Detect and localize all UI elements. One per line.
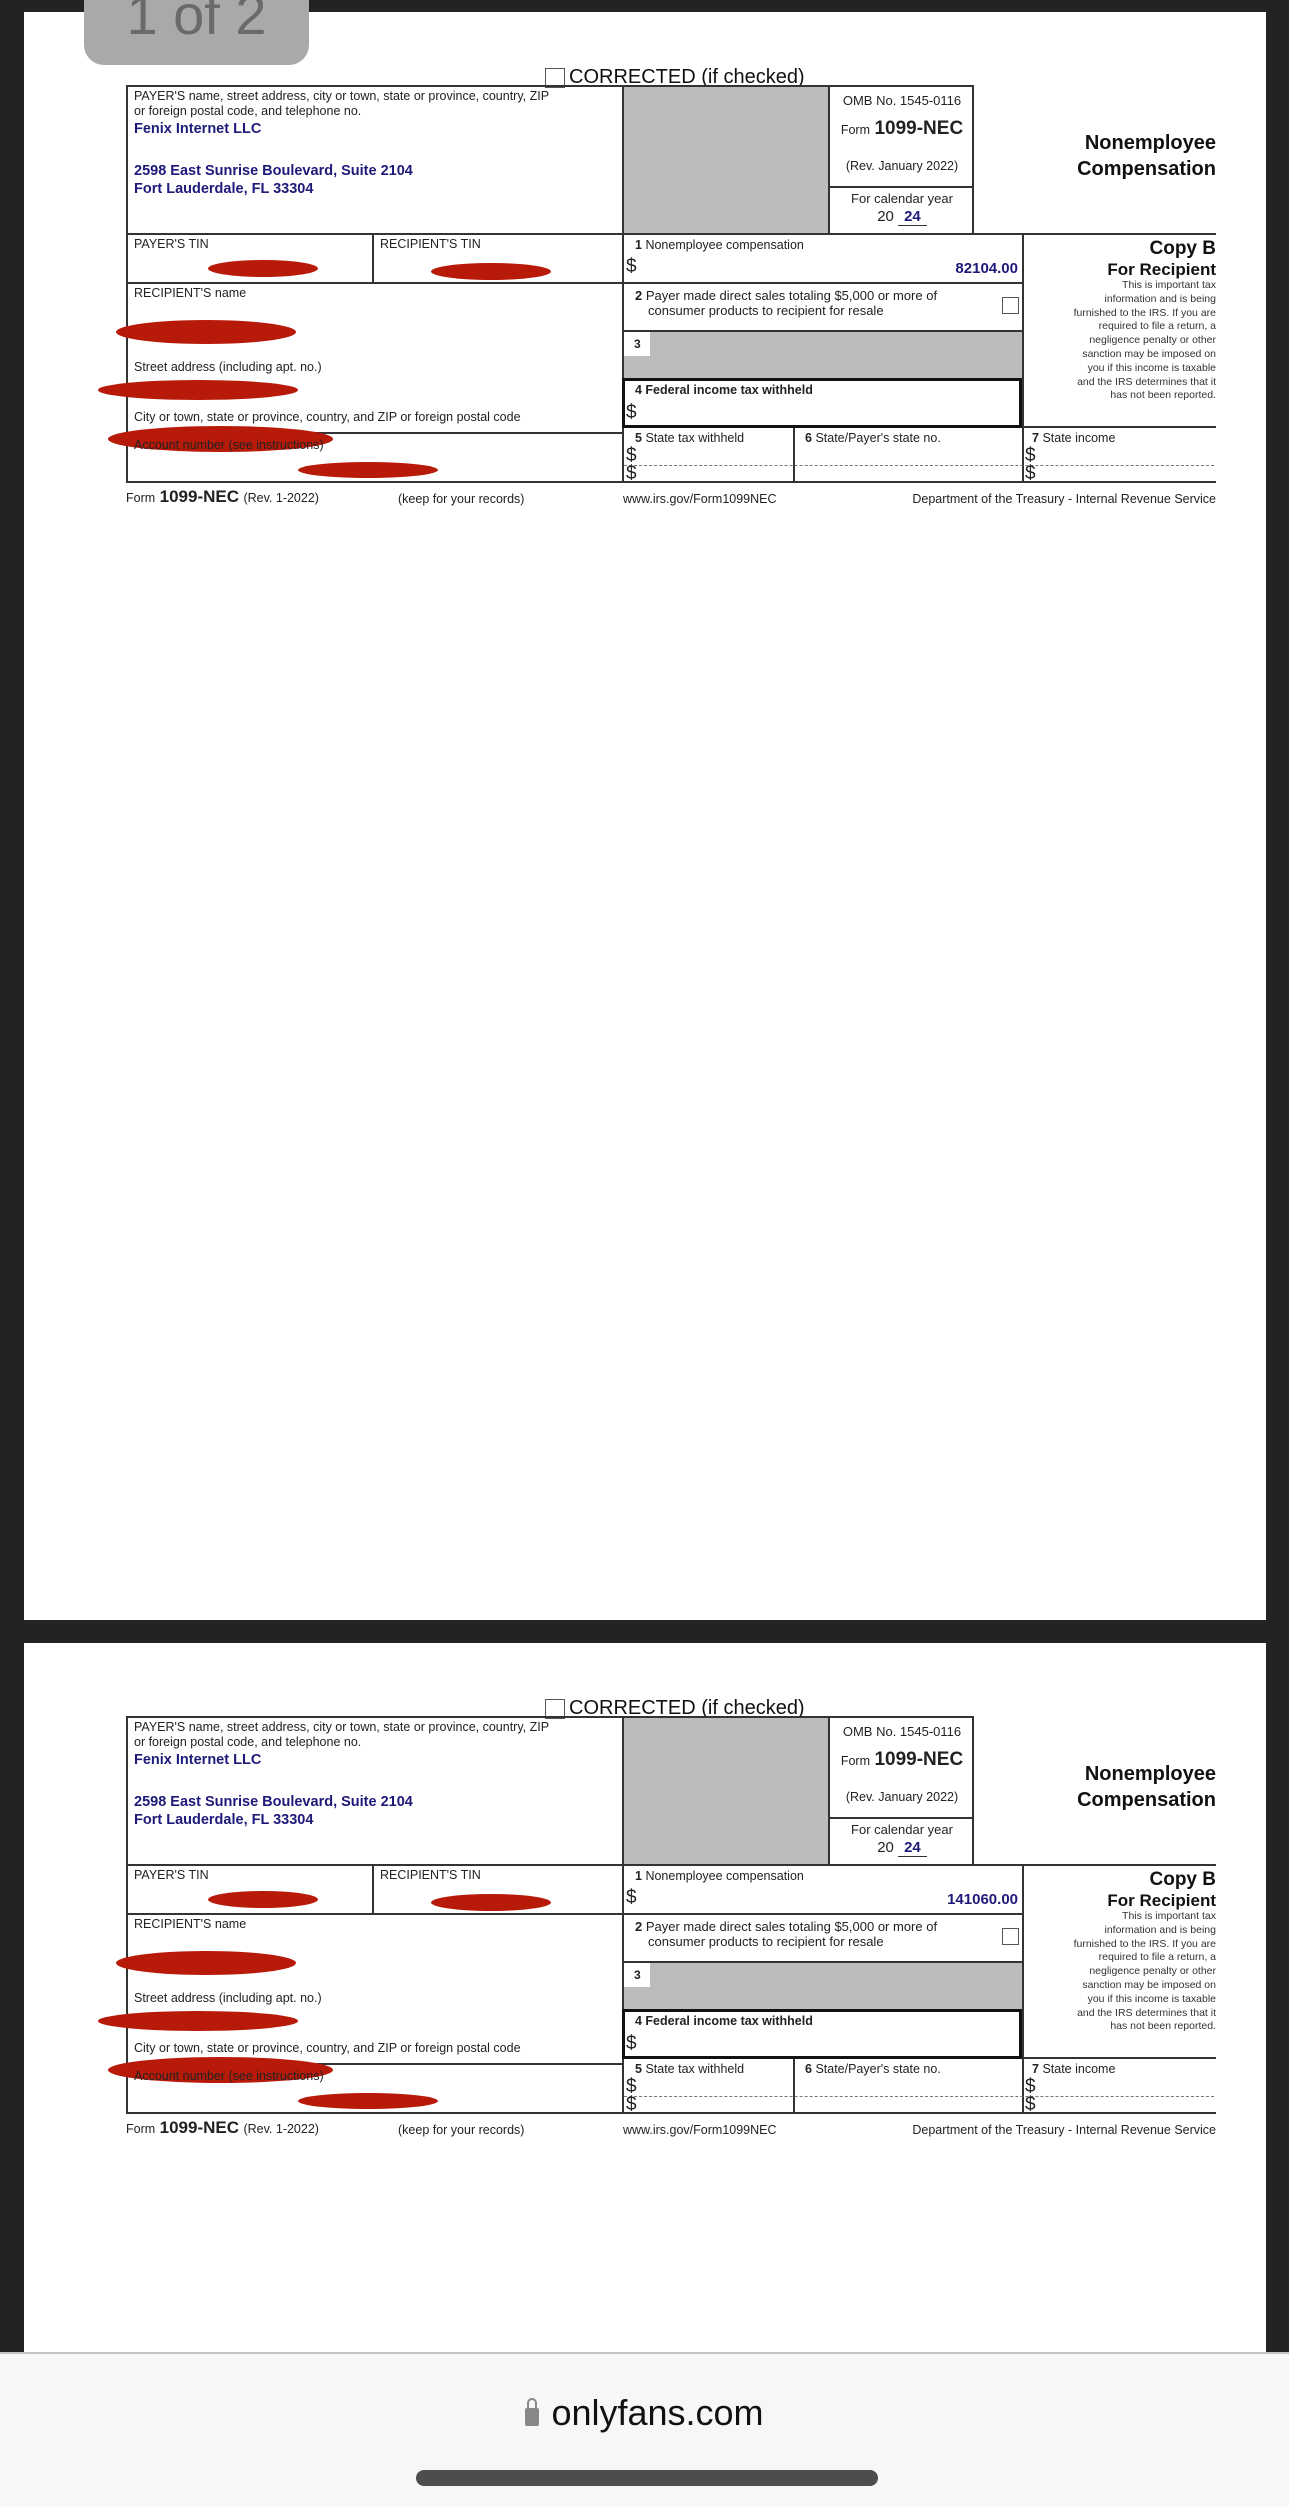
notice-line: furnished to the IRS. If you are bbox=[1024, 307, 1216, 321]
form-title: Nonemployee Compensation bbox=[994, 130, 1216, 182]
divider bbox=[126, 1913, 624, 1915]
revision-label: (Rev. January 2022) bbox=[830, 159, 974, 174]
form-1099-nec: CORRECTED (if checked) PAYER'S name, str… bbox=[126, 60, 1216, 520]
url-text: onlyfans.com bbox=[551, 2392, 763, 2433]
copy-b-label: Copy B bbox=[1024, 238, 1216, 260]
payer-tin-label: PAYER'S TIN bbox=[134, 1868, 209, 1883]
divider bbox=[1024, 2057, 1216, 2059]
notice-line: information and is being bbox=[1024, 1924, 1216, 1938]
box1-nonemployee-compensation-value[interactable]: 82104.00 bbox=[726, 260, 1018, 277]
divider bbox=[828, 1817, 974, 1819]
redaction-street-address bbox=[98, 380, 298, 400]
copy-b-label: Copy B bbox=[1024, 1869, 1216, 1891]
divider bbox=[622, 1864, 1216, 1866]
notice-line: furnished to the IRS. If you are bbox=[1024, 1938, 1216, 1952]
city-label: City or town, state or province, country… bbox=[134, 2041, 521, 2056]
redaction-payer-tin bbox=[208, 260, 318, 277]
divider bbox=[622, 1913, 1022, 1915]
divider bbox=[1024, 426, 1216, 428]
divider bbox=[622, 481, 1216, 483]
box2-label: 2 Payer made direct sales totaling $5,00… bbox=[635, 288, 937, 303]
box6-label: 6 State/Payer's state no. bbox=[805, 431, 941, 446]
footer-department: Department of the Treasury - Internal Re… bbox=[846, 2123, 1216, 2138]
redaction-payer-tin bbox=[208, 1891, 318, 1908]
box6-label: 6 State/Payer's state no. bbox=[805, 2062, 941, 2077]
box1-dollar: $ bbox=[626, 256, 637, 278]
street-address-label: Street address (including apt. no.) bbox=[134, 1991, 322, 2006]
box3-number: 3 bbox=[624, 1963, 650, 1987]
city-label: City or town, state or province, country… bbox=[134, 410, 521, 425]
notice-line: has not been reported. bbox=[1024, 389, 1216, 403]
divider bbox=[622, 2112, 1216, 2114]
redaction-recipient-name bbox=[116, 320, 296, 344]
box1-dollar: $ bbox=[626, 1887, 637, 1909]
for-recipient-label: For Recipient bbox=[1024, 260, 1216, 280]
box1-label: 1 Nonemployee compensation bbox=[635, 1869, 804, 1884]
payer-address-1: 2598 East Sunrise Boulevard, Suite 2104 bbox=[134, 163, 413, 179]
notice-line: sanction may be imposed on bbox=[1024, 348, 1216, 362]
box4-dollar[interactable]: $ bbox=[626, 402, 637, 424]
footer-form-name: Form 1099-NEC (Rev. 1-2022) bbox=[126, 2118, 319, 2138]
recipient-tin-label: RECIPIENT'S TIN bbox=[380, 237, 481, 252]
grey-blank-box bbox=[623, 1718, 828, 1864]
calendar-year: 20 24 bbox=[830, 208, 974, 226]
box4-federal-tax-label: 4 Federal income tax withheld bbox=[635, 2014, 813, 2029]
payer-label: PAYER'S name, street address, city or to… bbox=[134, 89, 549, 104]
box2-label-2: consumer products to recipient for resal… bbox=[648, 1934, 884, 1949]
notice-line: has not been reported. bbox=[1024, 2020, 1216, 2034]
box2-label: 2 Payer made direct sales totaling $5,00… bbox=[635, 1919, 937, 1934]
account-number-label: Account number (see instructions) bbox=[134, 2069, 324, 2084]
box7-label: 7 State income bbox=[1032, 431, 1115, 446]
redaction-recipient-tin bbox=[431, 263, 551, 280]
for-recipient-label: For Recipient bbox=[1024, 1891, 1216, 1911]
notice-line: required to file a return, a bbox=[1024, 1951, 1216, 1965]
notice-line: and the IRS determines that it bbox=[1024, 2007, 1216, 2021]
notice-line: sanction may be imposed on bbox=[1024, 1979, 1216, 1993]
form-name-header: Form 1099-NEC bbox=[830, 118, 974, 140]
payer-address-2: Fort Lauderdale, FL 33304 bbox=[134, 1812, 313, 1828]
payer-tin-label: PAYER'S TIN bbox=[134, 237, 209, 252]
box4-dollar[interactable]: $ bbox=[626, 2033, 637, 2055]
notice-line: required to file a return, a bbox=[1024, 320, 1216, 334]
dashed-separator bbox=[624, 2096, 1214, 2097]
pdf-page-1: 1 of 2 CORRECTED (if checked) PAYER'S na… bbox=[24, 12, 1266, 1620]
notice-line: negligence penalty or other bbox=[1024, 334, 1216, 348]
box2-checkbox[interactable] bbox=[1002, 1928, 1019, 1945]
redaction-recipient-tin bbox=[431, 1894, 551, 1911]
payer-name: Fenix Internet LLC bbox=[134, 1752, 261, 1768]
box5-label: 5 State tax withheld bbox=[635, 2062, 744, 2077]
box5-label: 5 State tax withheld bbox=[635, 431, 744, 446]
box1-label: 1 Nonemployee compensation bbox=[635, 238, 804, 253]
dashed-separator bbox=[624, 465, 1214, 466]
recipient-name-label: RECIPIENT'S name bbox=[134, 286, 246, 301]
payer-label-2: or foreign postal code, and telephone no… bbox=[134, 104, 361, 119]
form-1099-nec: CORRECTED (if checked) PAYER'S name, str… bbox=[126, 1691, 1216, 2151]
divider bbox=[622, 233, 1216, 235]
notice-line: you if this income is taxable bbox=[1024, 1993, 1216, 2007]
divider bbox=[372, 1864, 374, 1914]
form-name-header: Form 1099-NEC bbox=[830, 1749, 974, 1771]
form-title: Nonemployee Compensation bbox=[994, 1761, 1216, 1813]
notice-line: and the IRS determines that it bbox=[1024, 376, 1216, 390]
recipient-name-label: RECIPIENT'S name bbox=[134, 1917, 246, 1932]
box2-checkbox[interactable] bbox=[1002, 297, 1019, 314]
recipient-notice: This is important taxinformation and is … bbox=[1024, 279, 1216, 403]
box3-number: 3 bbox=[624, 332, 650, 356]
notice-line: negligence penalty or other bbox=[1024, 1965, 1216, 1979]
payer-address-1: 2598 East Sunrise Boulevard, Suite 2104 bbox=[134, 1794, 413, 1810]
lock-icon bbox=[525, 2408, 539, 2426]
street-address-label: Street address (including apt. no.) bbox=[134, 360, 322, 375]
notice-line: you if this income is taxable bbox=[1024, 362, 1216, 376]
redaction-account-number bbox=[298, 2093, 438, 2109]
box3-grey bbox=[624, 332, 1022, 378]
footer-department: Department of the Treasury - Internal Re… bbox=[846, 492, 1216, 507]
notice-line: This is important tax bbox=[1024, 279, 1216, 293]
divider bbox=[126, 282, 624, 284]
redaction-account-number bbox=[298, 462, 438, 478]
footer-form-name: Form 1099-NEC (Rev. 1-2022) bbox=[126, 487, 319, 507]
payer-name: Fenix Internet LLC bbox=[134, 121, 261, 137]
divider bbox=[793, 2059, 795, 2114]
box1-nonemployee-compensation-value[interactable]: 141060.00 bbox=[726, 1891, 1018, 1908]
pdf-page-2: CORRECTED (if checked) PAYER'S name, str… bbox=[24, 1643, 1266, 2352]
omb-number: OMB No. 1545-0116 bbox=[830, 1724, 974, 1739]
notice-line: information and is being bbox=[1024, 293, 1216, 307]
box3-grey bbox=[624, 1963, 1022, 2009]
divider bbox=[372, 233, 374, 283]
notice-line: This is important tax bbox=[1024, 1910, 1216, 1924]
account-number-label: Account number (see instructions) bbox=[134, 438, 324, 453]
calendar-year: 20 24 bbox=[830, 1839, 974, 1857]
recipient-tin-label: RECIPIENT'S TIN bbox=[380, 1868, 481, 1883]
url-display[interactable]: onlyfans.com bbox=[0, 2392, 1289, 2434]
divider bbox=[793, 428, 795, 483]
redaction-recipient-name bbox=[116, 1951, 296, 1975]
browser-address-bar[interactable]: onlyfans.com bbox=[0, 2352, 1289, 2507]
revision-label: (Rev. January 2022) bbox=[830, 1790, 974, 1805]
footer-irs-url[interactable]: www.irs.gov/Form1099NEC bbox=[623, 2123, 777, 2138]
omb-number: OMB No. 1545-0116 bbox=[830, 93, 974, 108]
redaction-street-address bbox=[98, 2011, 298, 2031]
box7-label: 7 State income bbox=[1032, 2062, 1115, 2077]
box2-label-2: consumer products to recipient for resal… bbox=[648, 303, 884, 318]
page-indicator: 1 of 2 bbox=[84, 0, 309, 65]
footer-irs-url[interactable]: www.irs.gov/Form1099NEC bbox=[623, 492, 777, 507]
payer-label: PAYER'S name, street address, city or to… bbox=[134, 1720, 549, 1735]
box4-federal-tax-label: 4 Federal income tax withheld bbox=[635, 383, 813, 398]
divider bbox=[828, 186, 974, 188]
grey-blank-box bbox=[623, 87, 828, 233]
payer-address-2: Fort Lauderdale, FL 33304 bbox=[134, 181, 313, 197]
calendar-year-label: For calendar year bbox=[830, 191, 974, 206]
calendar-year-label: For calendar year bbox=[830, 1822, 974, 1837]
payer-label-2: or foreign postal code, and telephone no… bbox=[134, 1735, 361, 1750]
footer-keep-records: (keep for your records) bbox=[398, 2123, 524, 2138]
home-indicator[interactable] bbox=[416, 2470, 878, 2486]
recipient-notice: This is important taxinformation and is … bbox=[1024, 1910, 1216, 2034]
footer-keep-records: (keep for your records) bbox=[398, 492, 524, 507]
divider bbox=[622, 282, 1022, 284]
